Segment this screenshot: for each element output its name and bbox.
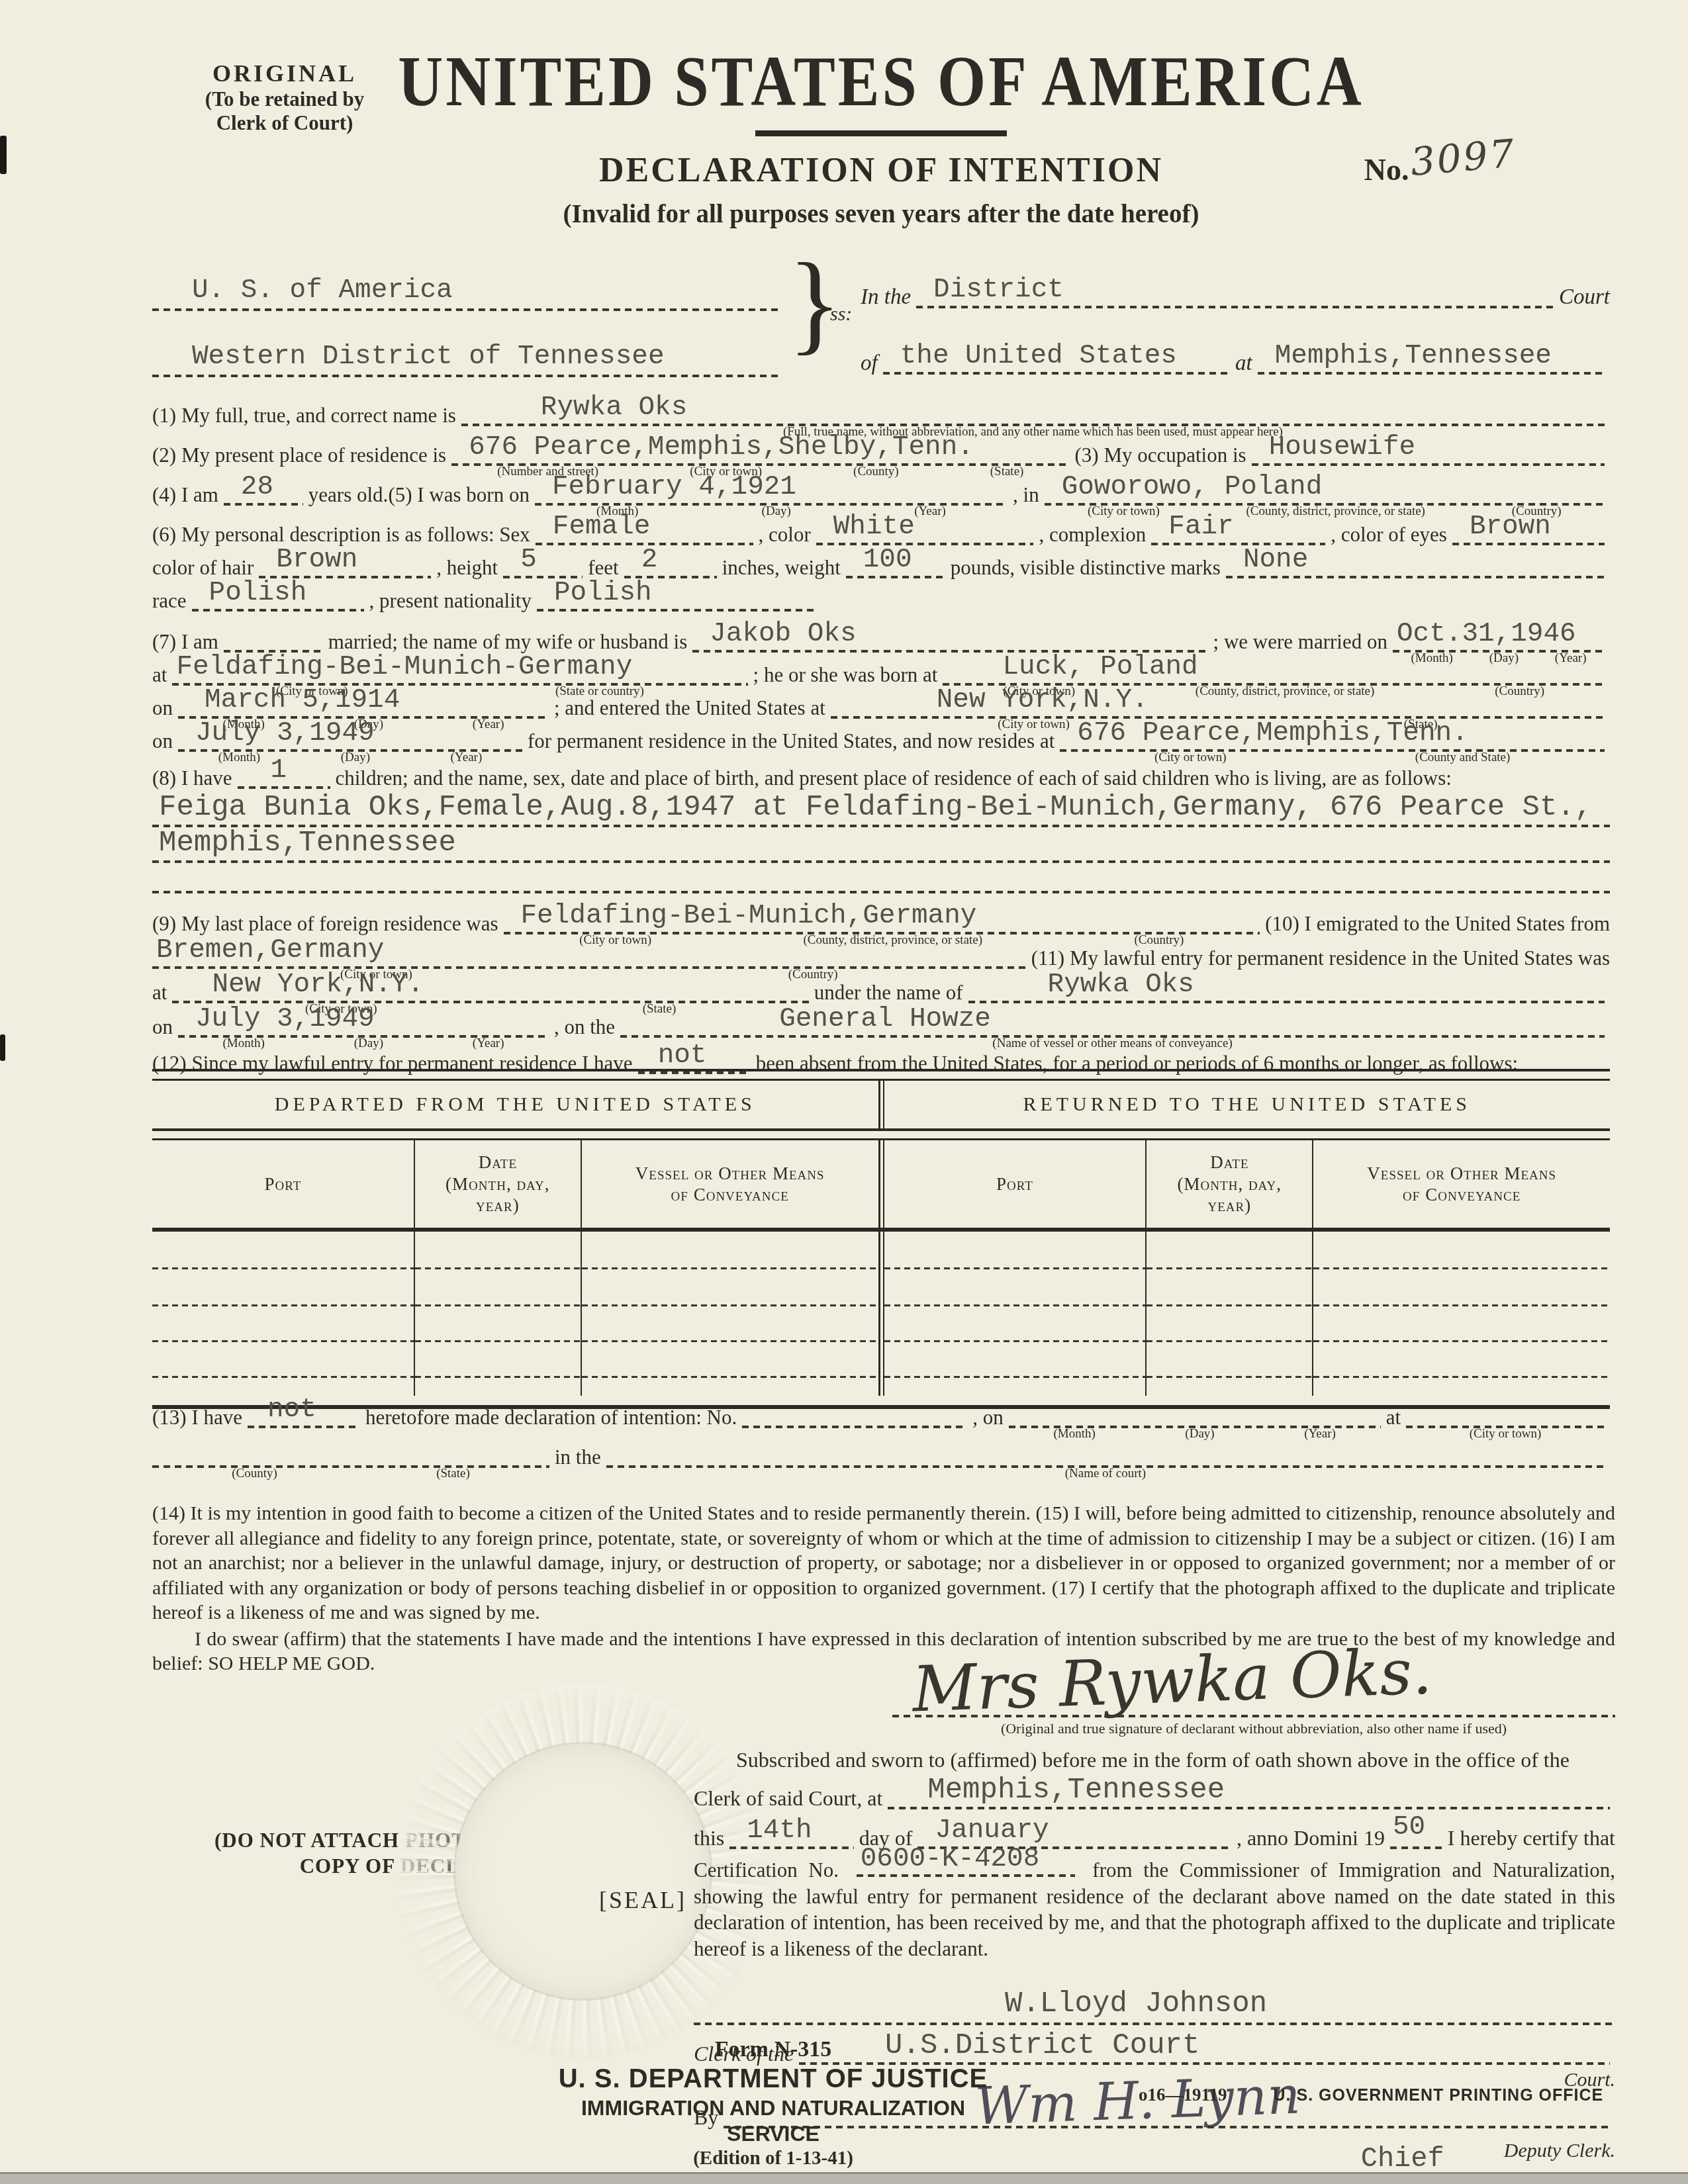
item11-at-label: at <box>152 981 167 1006</box>
item5-label: (5) I was born on <box>388 484 530 508</box>
court-city-typed: Memphis,Tennessee <box>1275 343 1552 370</box>
complexion-label: , complexion <box>1039 523 1146 548</box>
nationality-label: , present nationality <box>369 590 532 614</box>
scan-artifact <box>0 136 7 174</box>
returned-vessel-col: Vessel or Other Means of Conveyance <box>1312 1140 1610 1228</box>
item-11-row3: on July 3,1949 (Month)(Day)(Year) , on t… <box>152 1006 1610 1040</box>
item13-not-blank: not <box>248 1420 360 1428</box>
under-name-value: Rywka Oks <box>1048 972 1194 999</box>
form-footer: Form N-315 U. S. DEPARTMENT OF JUSTICE I… <box>555 2036 992 2171</box>
children-line3-empty <box>152 863 1610 893</box>
eyes-blank: Brown <box>1452 537 1605 545</box>
height-label: , height <box>436 557 498 581</box>
children-count: 1 <box>271 757 287 784</box>
table-cell-empty <box>884 1232 1146 1396</box>
permanent-label: for permanent residence in the United St… <box>528 730 1055 754</box>
returned-header: RETURNED TO THE UNITED STATES <box>884 1081 1611 1128</box>
venue-location-line: of the United States at Memphis,Tennesse… <box>861 311 1610 377</box>
vessel-value: General Howze <box>779 1006 991 1033</box>
gpo-code: o16—19119 <box>1139 2085 1227 2105</box>
day-blank: 14th <box>729 1841 853 1849</box>
born-on-label: on <box>152 697 173 721</box>
venue-right: In the District Court of the United Stat… <box>861 245 1610 377</box>
edition-label: (Edition of 1-13-41) <box>555 2147 992 2170</box>
header: ORIGINAL (To be retained by Clerk of Cou… <box>152 40 1610 229</box>
certification-paragraph: Certification No. 0600-K-4208 from the C… <box>694 1857 1615 1962</box>
item4-suffix: years old. <box>308 484 389 508</box>
entry-date-value: July 3,1949 <box>195 720 375 747</box>
prior-no-blank <box>742 1420 967 1428</box>
table-headers: DEPARTED FROM THE UNITED STATES RETURNED… <box>152 1081 1610 1128</box>
prior-county-blank: (County)(State) <box>152 1460 549 1468</box>
children-count-blank: 1 <box>238 781 330 789</box>
spouse-born-place: Luck, Poland <box>1002 654 1197 681</box>
item5-date-blank: February 4,1921 (Month)(Day)(Year) <box>535 498 1008 506</box>
item13-label-post: heretofore made declaration of intention… <box>365 1406 737 1431</box>
table-cell-empty <box>152 1232 414 1396</box>
table-cell-empty <box>414 1232 581 1396</box>
item11-port-blank: New York,N.Y. (City or town)(State) <box>172 995 808 1003</box>
hair-value: Brown <box>276 547 357 574</box>
of-label: of <box>861 351 878 377</box>
form-items: (1) My full, true, and correct name is R… <box>152 389 1610 1077</box>
item-1-row: (1) My full, true, and correct name is R… <box>152 389 1610 429</box>
item12-value: not <box>658 1042 707 1069</box>
item5-place: Goworowo, Poland <box>1062 474 1323 501</box>
item-11-row2: at New York,N.Y. (City or town)(State) u… <box>152 972 1610 1006</box>
in-the-court-label: in the <box>555 1446 601 1471</box>
race-label: race <box>152 590 187 614</box>
hair-row: color of hair Brown , height 5 feet 2 in… <box>152 548 1610 581</box>
returned-port-col: Port <box>884 1140 1146 1228</box>
entry-date-blank: July 3,1949 (Month)(Day)(Year) <box>178 744 522 752</box>
item8-label-pre: (8) I have <box>152 767 232 792</box>
court-name-blank: District <box>916 300 1554 308</box>
clerk-of-court-label: Clerk of said Court, at <box>694 1787 882 1812</box>
spouse-born-label: ; he or she was born at <box>753 664 938 688</box>
vessel-blank: General Howze (Name of vessel or other m… <box>620 1030 1605 1038</box>
under-name-label: under the name of <box>814 981 963 1006</box>
chief-typed: Chief <box>1361 2143 1444 2175</box>
under-name-blank: Rywka Oks <box>968 995 1605 1003</box>
scan-artifact <box>0 1034 5 1061</box>
item-2-3-row: (2) My present place of residence is 676… <box>152 429 1610 469</box>
marks-value: None <box>1243 547 1308 574</box>
table-center-divider <box>878 1081 884 1128</box>
at-label: at <box>1235 351 1252 377</box>
departed-port-col: Port <box>152 1140 414 1228</box>
resides-blank: 676 Pearce,Memphis,Tenn. (City or town)(… <box>1060 744 1605 752</box>
item10-blank: Bremen,Germany (City or town)(Country) <box>152 961 1026 969</box>
feet-value: 5 <box>520 547 537 574</box>
item-7-row3: on March 5,1914 (Month)(Day)(Year) ; and… <box>152 688 1610 721</box>
page-title: UNITED STATES OF AMERICA <box>167 40 1595 122</box>
weight-blank: 100 <box>846 570 945 578</box>
wed-at-label: at <box>152 664 167 688</box>
eyes-value: Brown <box>1470 514 1551 541</box>
scan-edge <box>0 2174 1688 2184</box>
item-13-row2: (County)(State) in the (Name of court) <box>152 1431 1610 1471</box>
clerk-city-row: Clerk of said Court, at Memphis,Tennesse… <box>694 1772 1615 1812</box>
color-blank: White <box>816 537 1034 545</box>
declarant-signature: Mrs Rywka Oks. <box>912 1634 1617 1721</box>
departed-vessel-col: Vessel or Other Means of Conveyance <box>581 1140 878 1228</box>
number-value-handwritten: 3097 <box>1409 130 1519 185</box>
item-13-section: (13) I have not heretofore made declarat… <box>152 1390 1610 1471</box>
gpo-name: U. S. GOVERNMENT PRINTING OFFICE <box>1274 2086 1604 2105</box>
year-typed: 50 <box>1393 1814 1425 1841</box>
venue-section: U. S. of America Western District of Ten… <box>152 245 1610 377</box>
item3-blank: Housewife <box>1252 458 1605 466</box>
nationality-value: Polish <box>554 580 652 607</box>
item5-date: February 4,1921 <box>552 474 796 501</box>
item9-label: (9) My last place of foreign residence w… <box>152 913 498 937</box>
prior-date-blank: (Month)(Day)(Year) <box>1009 1420 1381 1428</box>
color-label: , color <box>759 523 811 548</box>
item13-at-label: at <box>1386 1406 1401 1431</box>
court-label: Court <box>1559 285 1610 311</box>
item-7-row2: at Feldafing-Bei-Munich-Germany (City or… <box>152 655 1610 688</box>
clerk-name-typed: W.Lloyd Johnson <box>1005 1989 1267 2019</box>
wed-place-value: Feldafing-Bei-Munich-Germany <box>176 654 632 681</box>
item11-date: July 3,1949 <box>195 1006 375 1033</box>
department-label: U. S. DEPARTMENT OF JUSTICE <box>555 2063 992 2095</box>
venue-plaintiff-line: U. S. of America <box>152 245 781 311</box>
year-blank: 50 <box>1390 1841 1442 1849</box>
validity-note: (Invalid for all purposes seven years af… <box>152 199 1610 229</box>
certification-no-blank: 0600-K-4208 <box>857 1870 1075 1877</box>
venue-us-typed: U. S. of America <box>192 277 453 304</box>
item4-blank: 28 <box>224 498 303 506</box>
certify-label: I hereby certify that <box>1448 1827 1615 1852</box>
children-line2: Memphis,Tennessee <box>152 827 1610 863</box>
item-6-row: (6) My personal description is as follow… <box>152 508 1610 548</box>
departed-header: DEPARTED FROM THE UNITED STATES <box>152 1081 878 1128</box>
court-of-typed: the United States <box>900 343 1177 370</box>
item4-value: 28 <box>241 474 273 501</box>
month-typed: January <box>935 1817 1049 1844</box>
venue-court-line: In the District Court <box>861 245 1610 311</box>
item2-value: 676 Pearce,Memphis,Shelby,Tenn. <box>469 434 974 461</box>
table-column-heads: Port Date (Month, day, year) Vessel or O… <box>152 1140 1610 1228</box>
eyes-label: , color of eyes <box>1331 523 1447 548</box>
marks-label: pounds, visible distinctive marks <box>951 557 1221 581</box>
returned-date-col: Date (Month, day, year) <box>1145 1140 1312 1228</box>
prior-court-caption: (Name of court) <box>606 1467 1605 1481</box>
item-8-row: (8) I have 1 children; and the name, sex… <box>152 754 1610 792</box>
children-line1: Feiga Bunia Oks,Female,Aug.8,1947 at Fel… <box>152 792 1610 827</box>
venue-left: U. S. of America Western District of Ten… <box>152 245 781 377</box>
clerk-city-blank: Memphis,Tennessee <box>888 1801 1610 1809</box>
item9-blank: Feldafing-Bei-Munich,Germany (City or to… <box>504 927 1260 934</box>
entry-port-value: New York,N.Y. <box>937 687 1149 714</box>
wed-date-value: Oct.31,1946 <box>1397 621 1576 648</box>
venue-district-typed: Western District of Tennessee <box>192 343 665 371</box>
gpo-line: o16—19119 U. S. GOVERNMENT PRINTING OFFI… <box>1139 2085 1603 2105</box>
absence-table: DEPARTED FROM THE UNITED STATES RETURNED… <box>152 1069 1610 1409</box>
race-blank: Polish <box>192 604 364 612</box>
item1-blank: Rywka Oks (Full, true name, without abbr… <box>461 418 1605 426</box>
item4-label: (4) I am <box>152 484 218 508</box>
spouse-born-date: March 5,1914 <box>205 687 400 714</box>
prior-city-blank: (City or town) <box>1406 1420 1605 1428</box>
item-7-row1: (7) I am married; the name of my wife or… <box>152 614 1610 655</box>
title-rule <box>755 130 1007 136</box>
this-label: this <box>694 1827 724 1852</box>
item13-value: not <box>267 1396 316 1424</box>
table-cell-empty <box>581 1232 878 1396</box>
wed-date-blank: Oct.31,1946 (Month)(Day)(Year) <box>1393 645 1605 653</box>
item2-blank: 676 Pearce,Memphis,Shelby,Tenn. (Number … <box>451 458 1069 466</box>
inches-value: 2 <box>641 547 658 574</box>
venue-brace: } ss: <box>781 245 861 377</box>
entry-on-label: on <box>152 730 173 754</box>
item3-value: Housewife <box>1269 434 1415 461</box>
clerk-name-line: W.Lloyd Johnson <box>694 1983 1615 2025</box>
item10-value: Bremen,Germany <box>156 937 384 964</box>
item-9-10-row: (9) My last place of foreign residence w… <box>152 897 1610 937</box>
table-cell-empty <box>1312 1232 1610 1396</box>
items-14-17-text: (14) It is my intention in good faith to… <box>152 1501 1615 1625</box>
venue-district-line: Western District of Tennessee <box>152 311 781 377</box>
prior-court-blank: (Name of court) <box>606 1460 1605 1468</box>
item3-label: (3) My occupation is <box>1075 444 1246 469</box>
court-city-blank: Memphis,Tennessee <box>1258 367 1605 375</box>
table-cell-empty <box>1145 1232 1312 1396</box>
clerk-city-typed: Memphis,Tennessee <box>927 1776 1225 1805</box>
table-empty-rows <box>152 1232 1610 1396</box>
entered-label: ; and entered the United States at <box>554 697 825 721</box>
item8-label-post: children; and the name, sex, date and pl… <box>336 767 1452 792</box>
color-value: White <box>833 514 915 541</box>
children-line2-typed: Memphis,Tennessee <box>159 829 456 858</box>
item9-value: Feldafing-Bei-Munich,Germany <box>521 903 977 930</box>
table-top-rule <box>152 1069 1610 1081</box>
on-the-label: , on the <box>554 1016 615 1040</box>
married-on-label: ; we were married on <box>1213 631 1387 655</box>
item-4-5-row: (4) I am 28 years old. (5) I was born on… <box>152 469 1610 508</box>
item1-value: Rywka Oks <box>541 394 687 422</box>
item13-label-pre: (13) I have <box>152 1406 242 1431</box>
children-line1-typed: Feiga Bunia Oks,Female,Aug.8,1947 at Fel… <box>159 793 1592 822</box>
item-7-row4: on July 3,1949 (Month)(Day)(Year) for pe… <box>152 721 1610 754</box>
certification-no-label: Certification No. <box>694 1858 839 1882</box>
item11-label: (11) My lawful entry for permanent resid… <box>1031 947 1610 972</box>
day-typed: 14th <box>747 1817 812 1844</box>
nationality-blank: Polish <box>537 604 815 612</box>
sex-value: Female <box>553 514 651 541</box>
item11-date-blank: July 3,1949 (Month)(Day)(Year) <box>178 1030 549 1038</box>
item5-place-blank: Goworowo, Poland (City or town)(County, … <box>1045 498 1605 506</box>
item11-port: New York,N.Y. <box>212 972 424 999</box>
departed-date-col: Date (Month, day, year) <box>414 1140 581 1228</box>
item-10-11-row: Bremen,Germany (City or town)(Country) (… <box>152 937 1610 972</box>
item11-on-label: on <box>152 1016 173 1040</box>
race-row: race Polish , present nationality Polish <box>152 581 1610 614</box>
court-of-blank: the United States <box>883 367 1230 375</box>
prior-county-captions: (County)(State) <box>152 1467 549 1481</box>
form-number-label: Form N-315 <box>555 2036 992 2063</box>
form-number: No. 3097 <box>1364 144 1517 189</box>
deputy-clerk-label: Deputy Clerk. <box>1504 2140 1615 2163</box>
item2-label: (2) My present place of residence is <box>152 444 446 469</box>
weight-value: 100 <box>863 547 912 574</box>
spouse-value: Jakob Oks <box>710 621 856 648</box>
ss-label: ss: <box>830 303 852 326</box>
item10-label: (10) I emigrated to the United States fr… <box>1265 913 1610 937</box>
complexion-value: Fair <box>1168 514 1233 541</box>
declaration-of-intention-document: ORIGINAL (To be retained by Clerk of Cou… <box>0 0 1688 2184</box>
seal-label: [SEAL] <box>599 1886 686 1914</box>
weight-label: inches, weight <box>722 557 841 581</box>
item1-label: (1) My full, true, and correct name is <box>152 404 456 429</box>
item-13-row1: (13) I have not heretofore made declarat… <box>152 1390 1610 1431</box>
in-the-label: In the <box>861 285 911 311</box>
signature-rule <box>694 1711 1615 1717</box>
certification-no-typed: 0600-K-4208 <box>861 1846 1040 1873</box>
table-header-rule <box>152 1128 1610 1140</box>
resides-value: 676 Pearce,Memphis,Tenn. <box>1077 720 1468 747</box>
item5-in-label: , in <box>1013 484 1039 508</box>
item13-on-label: , on <box>972 1406 1004 1431</box>
court-name-typed: District <box>933 277 1064 304</box>
number-label: No. <box>1364 153 1409 187</box>
marks-blank: None <box>1226 570 1605 578</box>
service-label: IMMIGRATION AND NATURALIZATION SERVICE <box>555 2095 992 2147</box>
race-value: Polish <box>209 580 307 607</box>
subscribed-line: Subscribed and sworn to (affirmed) befor… <box>694 1748 1615 1772</box>
date-row: this 14th day of January , anno Domini 1… <box>694 1812 1615 1852</box>
anno-domini-label: , anno Domini 19 <box>1237 1827 1385 1852</box>
